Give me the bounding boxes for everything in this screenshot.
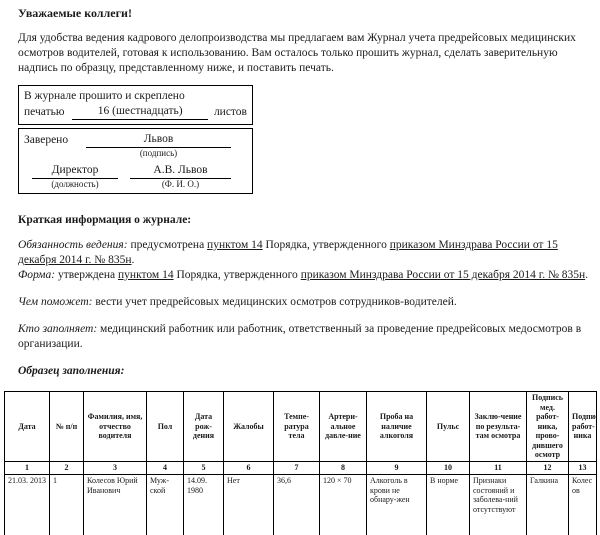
sample-data-cell: Нет (224, 475, 274, 535)
sample-heading: Образец заполнения: (18, 364, 590, 379)
stitch-line-1: В журнале прошито и скреплено (24, 89, 247, 104)
signature-caption: (подпись) (86, 148, 231, 159)
stitch-line-2-prefix: печатью (24, 105, 64, 120)
form-text-3: . (585, 269, 588, 281)
table-header-cell: Проба на наличие алкоголя (367, 392, 427, 462)
column-number-cell: 6 (224, 462, 274, 475)
obligation-text-3: . (132, 254, 135, 266)
certified-by-box: Заверено Львов (подпись) Директор (должн… (18, 128, 253, 194)
form-paragraph: Форма: утверждена пунктом 14 Порядка, ут… (18, 268, 590, 283)
intro-paragraph: Для удобства ведения кадрового делопроиз… (18, 31, 590, 76)
form-text-2: Порядка, утвержденного (174, 269, 301, 281)
table-header-row: Дата№ п/пФамилия, имя, отчество водителя… (5, 392, 597, 462)
signature-blank: Львов (86, 132, 231, 148)
column-number-cell: 8 (320, 462, 367, 475)
obligation-text-2: Порядка, утвержденного (263, 239, 390, 251)
column-number-cell: 12 (527, 462, 569, 475)
obligation-paragraph: Обязанность ведения: предусмотрена пункт… (18, 238, 590, 268)
column-number-cell: 7 (274, 462, 320, 475)
help-text: вести учет предрейсовых медицинских осмо… (92, 296, 456, 308)
table-header-cell: Темпе-ратура тела (274, 392, 320, 462)
sample-data-cell: Признаки состояний и заболева-ний отсутс… (470, 475, 527, 535)
table-header-cell: Подпись мед. работ-ника, прово-дившего о… (527, 392, 569, 462)
table-header-cell: Дата рож-дения (184, 392, 224, 462)
table-header-cell: № п/п (50, 392, 84, 462)
column-number-cell: 5 (184, 462, 224, 475)
column-number-cell: 13 (569, 462, 597, 475)
sample-data-cell: В норме (427, 475, 470, 535)
table-header-cell: Артери-альное давле-ние (320, 392, 367, 462)
certified-label: Заверено (24, 133, 86, 148)
fio-caption: (Ф. И. О.) (130, 179, 231, 190)
help-paragraph: Чем поможет: вести учет предрейсовых мед… (18, 295, 590, 310)
sample-data-cell: 21.03. 2013 (5, 475, 50, 535)
table-header-cell: Фамилия, имя, отчество водителя (84, 392, 147, 462)
table-header-cell: Пульс (427, 392, 470, 462)
table-header-cell: Подпись работ-ника (569, 392, 597, 462)
table-header-cell: Жалобы (224, 392, 274, 462)
info-heading: Краткая информация о журнале: (18, 213, 590, 228)
column-number-cell: 1 (5, 462, 50, 475)
fio-blank: А.В. Львов (130, 163, 231, 179)
stitch-certification-box: В журнале прошито и скреплено печатью 16… (18, 85, 253, 125)
sheets-count-blank: 16 (шестнадцать) (72, 104, 208, 120)
sample-data-cell: 1 (50, 475, 84, 535)
form-link-prikaz[interactable]: приказом Минздрава России от 15 декабря … (301, 269, 586, 281)
form-text-1: утверждена (55, 269, 118, 281)
fio-block: А.В. Львов (Ф. И. О.) (130, 163, 231, 190)
sample-data-cell: Галкина (527, 475, 569, 535)
table-header-cell: Заклю-чение по результа-там осмотра (470, 392, 527, 462)
sample-data-cell: Колесов (569, 475, 597, 535)
column-number-cell: 2 (50, 462, 84, 475)
table-header-cell: Пол (147, 392, 184, 462)
sample-data-row: 21.03. 20131Колесов Юрий ИвановичМуж-ско… (5, 475, 597, 535)
greeting-heading: Уважаемые коллеги! (18, 0, 590, 21)
column-number-cell: 4 (147, 462, 184, 475)
form-label: Форма: (18, 269, 55, 281)
form-link-punkt14[interactable]: пунктом 14 (118, 269, 174, 281)
column-number-cell: 9 (367, 462, 427, 475)
sample-data-cell: 120 × 70 (320, 475, 367, 535)
column-number-row: 12345678910111213 (5, 462, 597, 475)
who-fills-paragraph: Кто заполняет: медицинский работник или … (18, 322, 590, 352)
sample-data-cell: Муж-ской (147, 475, 184, 535)
obligation-text-1: предусмотрена (128, 239, 207, 251)
stitch-line-2-suffix: листов (214, 105, 247, 120)
sample-data-cell: 14.09. 1980 (184, 475, 224, 535)
sample-table: Дата№ п/пФамилия, имя, отчество водителя… (4, 391, 597, 535)
sample-data-cell: Алкоголь в крови не обнару-жен (367, 475, 427, 535)
position-blank: Директор (32, 163, 118, 179)
help-label: Чем поможет: (18, 296, 92, 308)
obligation-label: Обязанность ведения: (18, 239, 128, 251)
position-block: Директор (должность) (32, 163, 118, 190)
who-fills-text: медицинский работник или работник, ответ… (18, 323, 581, 350)
column-number-cell: 10 (427, 462, 470, 475)
column-number-cell: 11 (470, 462, 527, 475)
position-caption: (должность) (32, 179, 118, 190)
document-page: Уважаемые коллеги! Для удобства ведения … (0, 0, 600, 535)
column-number-cell: 3 (84, 462, 147, 475)
who-fills-label: Кто заполняет: (18, 323, 97, 335)
sample-data-cell: Колесов Юрий Иванович (84, 475, 147, 535)
table-header-cell: Дата (5, 392, 50, 462)
obligation-link-punkt14[interactable]: пунктом 14 (207, 239, 263, 251)
sample-data-cell: 36,6 (274, 475, 320, 535)
